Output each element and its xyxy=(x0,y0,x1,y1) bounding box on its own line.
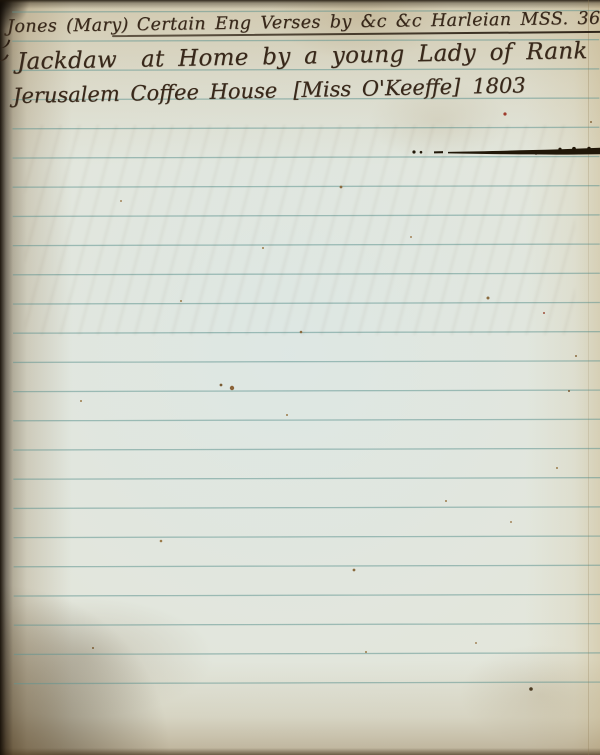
entry-credit: [Miss O'Keeffe] xyxy=(293,75,461,102)
page-crease xyxy=(588,0,589,755)
manuscript-page: Jones (Mary)Certain Eng Verses by &c &c … xyxy=(0,0,600,755)
foxing-specks xyxy=(0,0,2,2)
stray-ink-mark xyxy=(0,37,10,51)
ink-smear xyxy=(408,145,600,159)
entry-author: Jones (Mary) xyxy=(7,15,129,37)
entry-year: 1803 xyxy=(472,73,526,98)
entry-title: Jackdaw xyxy=(17,47,117,75)
stray-ink-mark xyxy=(0,50,9,64)
